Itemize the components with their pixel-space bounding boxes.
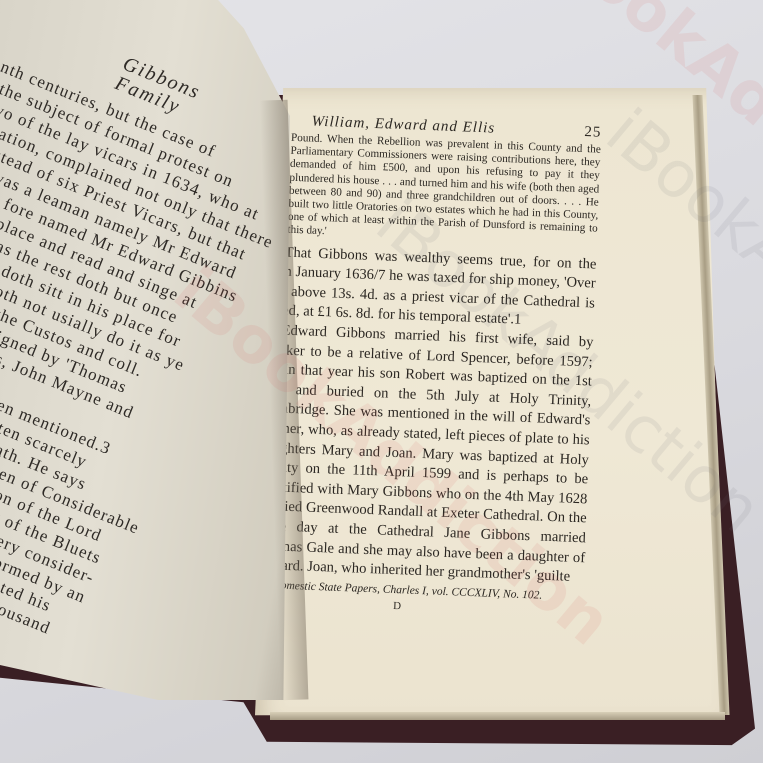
- block-quote: Pound. When the Rebellion was prevalent …: [287, 132, 601, 249]
- right-page-text: William, Edward and Ellis 25 Pound. When…: [253, 112, 602, 619]
- body-text: That Gibbons was wealthy seems true, for…: [254, 243, 597, 589]
- page-block-bottom-edge: [270, 712, 725, 720]
- page-number: 25: [584, 124, 602, 142]
- signature-letter: D: [393, 600, 401, 612]
- book-photo: William, Edward and Ellis 25 Pound. When…: [0, 0, 763, 763]
- paragraph: Edward Gibbons married his first wife, s…: [254, 321, 594, 588]
- paragraph: That Gibbons was wealthy seems true, for…: [264, 243, 597, 334]
